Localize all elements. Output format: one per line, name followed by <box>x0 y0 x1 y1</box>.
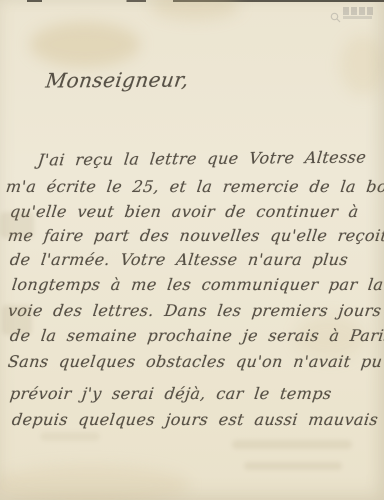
paper-stain <box>0 465 190 500</box>
verso-bleedthrough <box>40 432 100 441</box>
handwriting-line: J'ai reçu la lettre que Votre Altesse <box>37 148 368 170</box>
handwriting-line: qu'elle veut bien avoir de continuer à <box>9 202 360 221</box>
verso-bleedthrough <box>232 440 352 449</box>
handwriting-line: prévoir j'y serai déjà, car le temps <box>9 384 333 403</box>
handwriting-line: longtemps à me les communiquer par la <box>11 275 384 294</box>
salutation: Monseigneur, <box>44 68 190 93</box>
handwriting-line: me faire part des nouvelles qu'elle reço… <box>7 226 384 245</box>
letter-photograph: Monseigneur, J'ai reçu la lettre que Vot… <box>0 0 384 500</box>
handwriting-line: de la semaine prochaine je serais à Pari… <box>9 326 384 345</box>
magnifier-icon <box>330 8 341 27</box>
watermark-text-block <box>343 7 375 19</box>
handwriting-line: de l'armée. Votre Altesse n'aura plus <box>9 250 350 269</box>
verso-bleedthrough <box>244 462 342 470</box>
paper-stain <box>150 0 240 20</box>
handwriting-line: m'a écrite le 25, et la remercie de la b… <box>5 177 384 196</box>
auction-watermark <box>330 7 378 25</box>
paper-stain <box>340 35 384 95</box>
handwriting-line: voie des lettres. Dans les premiers jour… <box>7 301 383 320</box>
scan-edge <box>0 0 384 2</box>
handwriting-line: depuis quelques jours est aussi mauvais <box>11 410 379 429</box>
paper-stain <box>30 22 140 67</box>
handwriting-line: Sans quelques obstacles qu'on n'avait pu <box>7 352 384 371</box>
